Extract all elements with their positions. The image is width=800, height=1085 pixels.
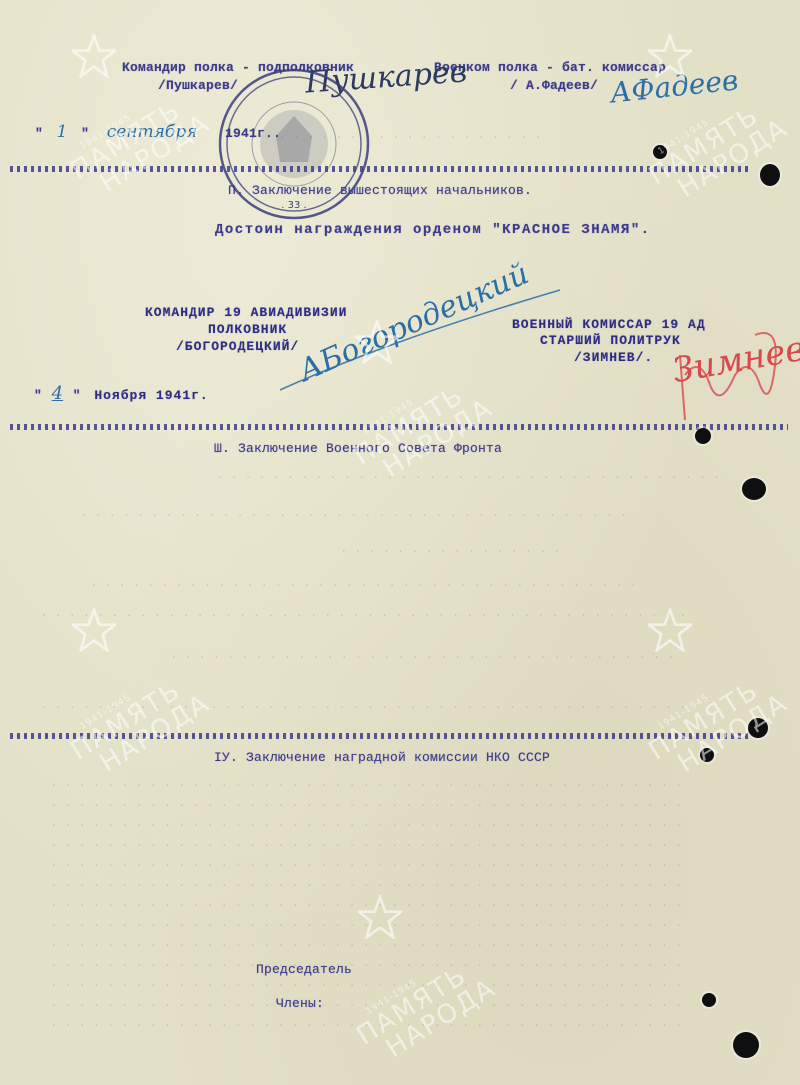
- bleed-through-text: . . . . . . . . . . . . . . . .: [340, 544, 560, 556]
- watermark: 1941-1945 ПАМЯТЬ НАРОДА: [640, 660, 792, 787]
- section-4-heading: IУ. Заключение наградной комиссии НКО СС…: [214, 750, 550, 765]
- bleed-through-text: . . . . . . . . . . . . . . . . . . . . …: [50, 778, 682, 790]
- bleed-through-text: . . . . . . . . . . . . . . . . . . . . …: [80, 508, 627, 520]
- date-quote-close: ": [81, 126, 89, 141]
- date-quote-open: ": [35, 126, 43, 141]
- members-label: Члены:: [276, 996, 324, 1011]
- bleed-through-text: . . . . . . . . . . . . . . . . . . . . …: [50, 798, 682, 810]
- bleed-through-text: . . . . . . . . . . . . . . . . . . . . …: [50, 978, 682, 990]
- separator-line: [10, 733, 750, 739]
- date-month-handwritten: сентября: [107, 122, 198, 142]
- bleed-through-text: . . . . . . . . . . . . . . . . . . . . …: [50, 1018, 682, 1030]
- bleed-through-text: . . . . . . . . . . . . . . . . . . . . …: [170, 650, 674, 662]
- bleed-through-text: . . . . . . . . . . . . . . . . . . . . …: [50, 878, 682, 890]
- punch-hole: [760, 164, 780, 186]
- bleed-through-text: . . . . . . . . . . . . . . . . . . . . …: [50, 998, 682, 1010]
- document-page: . . . . . . . . . . . . . . . . . . . . …: [0, 0, 800, 1085]
- bleed-through-text: . . . . . . . . . . . . . . . . . . . . …: [50, 838, 682, 850]
- date-line-2: " 4 " Ноября 1941г.: [34, 383, 205, 404]
- punch-hole: [695, 428, 711, 444]
- regiment-commissar-title: Военком полка - бат. комиссар: [434, 60, 666, 75]
- separator-line: [10, 166, 750, 172]
- bleed-through-text: . . . . . . . . . . . . . . . . . . . . …: [50, 918, 682, 930]
- punch-hole: [702, 993, 716, 1007]
- punch-hole: [700, 748, 714, 762]
- bleed-through-text: . . . . . . . . . . . . . . . . . . . . …: [50, 858, 682, 870]
- stamp-number: . 33 .: [281, 200, 306, 211]
- punch-hole: [733, 1032, 759, 1058]
- date-2: Ноября 1941г.: [94, 388, 208, 403]
- chairman-label: Председатель: [256, 962, 352, 977]
- bleed-through-text: . . . . . . . . . . . . . . . . . . . . …: [50, 958, 682, 970]
- date-day-handwritten: 1: [57, 122, 68, 142]
- signature-stroke: [270, 280, 570, 400]
- watermark: 1941-1945 ПАМЯТЬ НАРОДА: [62, 80, 214, 207]
- bleed-through-text: . . . . . . . . . . . . . . . . . . . . …: [50, 938, 682, 950]
- division-commissar-name: /ЗИМНЕВ/.: [574, 350, 653, 365]
- official-stamp: . 33 .: [216, 66, 372, 222]
- punch-hole: [742, 478, 766, 500]
- star-watermark-icon: [72, 34, 116, 78]
- separator-line: [10, 424, 788, 430]
- bleed-through-text: . . . . . . . . . . . . . . . . . . . . …: [40, 608, 686, 620]
- bleed-through-text: . . . . . . . . . . . . . . . . . . . . …: [40, 700, 686, 712]
- bleed-through-text: . . . . . . . . . . . . . . . . . . . . …: [50, 898, 682, 910]
- regiment-commissar-name: / А.Фадеев/: [510, 78, 598, 93]
- watermark: 1941-1945 ПАМЯТЬ НАРОДА: [62, 660, 214, 787]
- bleed-through-text: . . . . . . . . . . . . . . . . . . . . …: [80, 470, 720, 482]
- section-3-heading: Ш. Заключение Военного Совета Фронта: [214, 441, 502, 456]
- punch-hole: [653, 145, 667, 159]
- bleed-through-text: . . . . . . . . . . . . . . . . . . . . …: [50, 818, 682, 830]
- punch-hole: [748, 718, 768, 738]
- bleed-through-text: . . . . . . . . . . . . . . . . . . . . …: [90, 578, 637, 590]
- award-decision: Достоин награждения орденом "КРАСНОЕ ЗНА…: [215, 222, 651, 238]
- red-signature-stroke: [660, 315, 790, 435]
- section-2-heading: П. Заключение вышестоящих начальников.: [228, 183, 532, 198]
- date-day-handwritten-2: 4: [52, 383, 63, 404]
